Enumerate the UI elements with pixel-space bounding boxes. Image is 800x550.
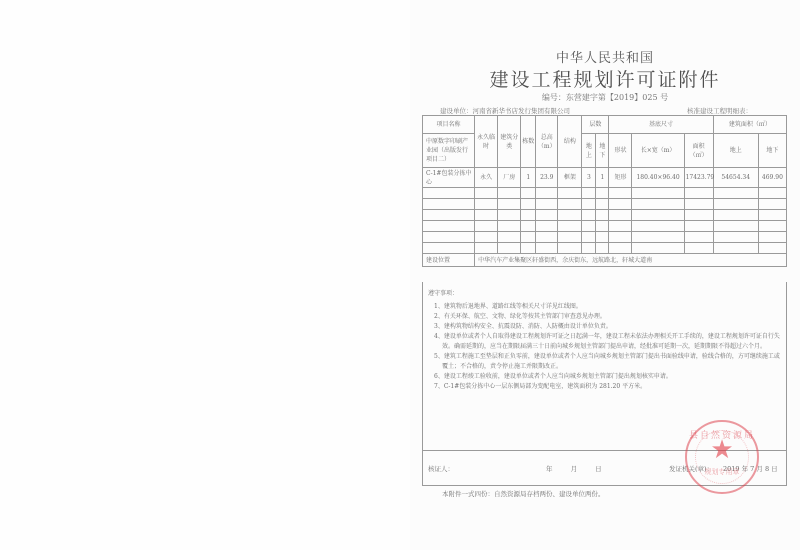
cell-permanence: 永久 xyxy=(475,168,498,188)
permit-attachment-page: 中华人民共和国 建设工程规划许可证附件 编号：东营建字第【2019】025 号 … xyxy=(410,0,800,550)
location-value: 中华汽车产业集聚区轩盛街西，余庆街东，远航路北，轩城大道南 xyxy=(475,254,787,267)
header-project-name: 项目名称 xyxy=(423,116,475,134)
header-length-width: 长×宽（m） xyxy=(632,134,684,168)
cell-name: C-1#包装分拣中心 xyxy=(423,168,475,188)
header-area-above: 地上 xyxy=(713,134,758,168)
project-details-table: 项目名称 永久临时 建筑分类 栋数 总高（m） 结构 层数 基底尺寸 建筑面积（… xyxy=(422,115,787,267)
header-base-size: 基底尺寸 xyxy=(609,116,713,134)
cell-category: 厂房 xyxy=(498,168,521,188)
header-floors: 层数 xyxy=(582,116,609,134)
note-item: 1、建筑物后退地界、道路红线等相关尺寸详见红线图。 xyxy=(428,302,780,312)
cell-count: 1 xyxy=(521,168,536,188)
notes-heading: 遵守事项： xyxy=(428,288,458,297)
cell-length-width: 180.40×96.40 xyxy=(632,168,684,188)
official-seal-stamp: 县自然资源局 ★ 规划专用章 xyxy=(685,420,759,494)
empty-row xyxy=(423,199,787,210)
blank-left-page xyxy=(0,0,411,550)
table-row: C-1#包装分拣中心 永久 厂房 1 23.9 框架 3 1 矩形 180.40… xyxy=(423,168,787,188)
location-row: 建设位置 中华汽车产业集聚区轩盛街西，余庆街东，远航路北，轩城大道南 xyxy=(423,254,787,267)
header-height: 总高（m） xyxy=(536,116,558,168)
document-title: 建设工程规划许可证附件 xyxy=(410,65,800,92)
country-heading: 中华人民共和国 xyxy=(410,47,800,66)
project-group-name: 中原数字印刷产业园（出版发行项目二） xyxy=(423,134,475,168)
location-label: 建设位置 xyxy=(423,254,475,267)
note-item: 6、建设工程竣工验收前，建设单位或者个人应当向城乡规划主管部门提出规划核实申请。 xyxy=(428,372,780,382)
footer-note: 本附件一式四份：自然资源局存档两份、建设单位两份。 xyxy=(442,489,605,498)
empty-row xyxy=(423,221,787,232)
approval-note: 核准建设工程明细表： xyxy=(687,106,752,115)
header-permanence: 永久临时 xyxy=(475,116,498,168)
seal-code: 规划专用章 xyxy=(687,467,757,477)
note-item: 4、建设单位或者个人自取得建设工程规划许可证之日起满一年，建设工程未依法办理相关… xyxy=(428,332,780,352)
verifier-label: 核证人： xyxy=(428,464,454,473)
header-count: 栋数 xyxy=(521,116,536,168)
note-item: 7、C-1#包装分拣中心一层东侧局部为变配电室，建筑面积为 281.20 平方米… xyxy=(428,382,780,392)
cell-area-above: 54654.34 xyxy=(713,168,758,188)
permit-number: 编号：东营建字第【2019】025 号 xyxy=(410,92,800,103)
header-floors-above: 地上 xyxy=(582,134,596,168)
cell-shape: 矩形 xyxy=(609,168,632,188)
cell-floors-above: 3 xyxy=(582,168,596,188)
cell-base-area: 17423.79 xyxy=(684,168,713,188)
cell-height: 23.9 xyxy=(536,168,558,188)
cell-structure: 框架 xyxy=(558,168,582,188)
empty-row xyxy=(423,188,787,199)
empty-row xyxy=(423,210,787,221)
note-item: 3、建构筑物结构安全、抗震设防、消防、人防概由设计单位负责。 xyxy=(428,322,780,332)
star-icon: ★ xyxy=(687,437,757,463)
note-item: 2、有关环保、航空、文物、绿化等按其主管部门审查意见办理。 xyxy=(428,312,780,322)
header-area-below: 地下 xyxy=(758,134,786,168)
header-building-area: 建筑面积（㎡） xyxy=(713,116,786,134)
header-shape: 形状 xyxy=(609,134,632,168)
cell-area-below: 469.90 xyxy=(758,168,786,188)
cell-floors-below: 1 xyxy=(596,168,609,188)
note-item: 5、建筑工程施工至垫层和正负零前，建设单位或者个人应当向城乡规划主管部门提出书面… xyxy=(428,352,780,372)
notes-list: 1、建筑物后退地界、道路红线等相关尺寸详见红线图。 2、有关环保、航空、文物、绿… xyxy=(428,302,780,392)
empty-row xyxy=(423,232,787,243)
header-structure: 结构 xyxy=(558,116,582,168)
header-category: 建筑分类 xyxy=(498,116,521,168)
construction-unit: 建设单位：河南省新华书店发行集团有限公司 xyxy=(440,106,570,115)
header-floors-below: 地下 xyxy=(596,134,609,168)
header-area: 面积（㎡） xyxy=(684,134,713,168)
empty-row xyxy=(423,243,787,254)
verifier-date-blank: 年 月 日 xyxy=(546,464,602,473)
